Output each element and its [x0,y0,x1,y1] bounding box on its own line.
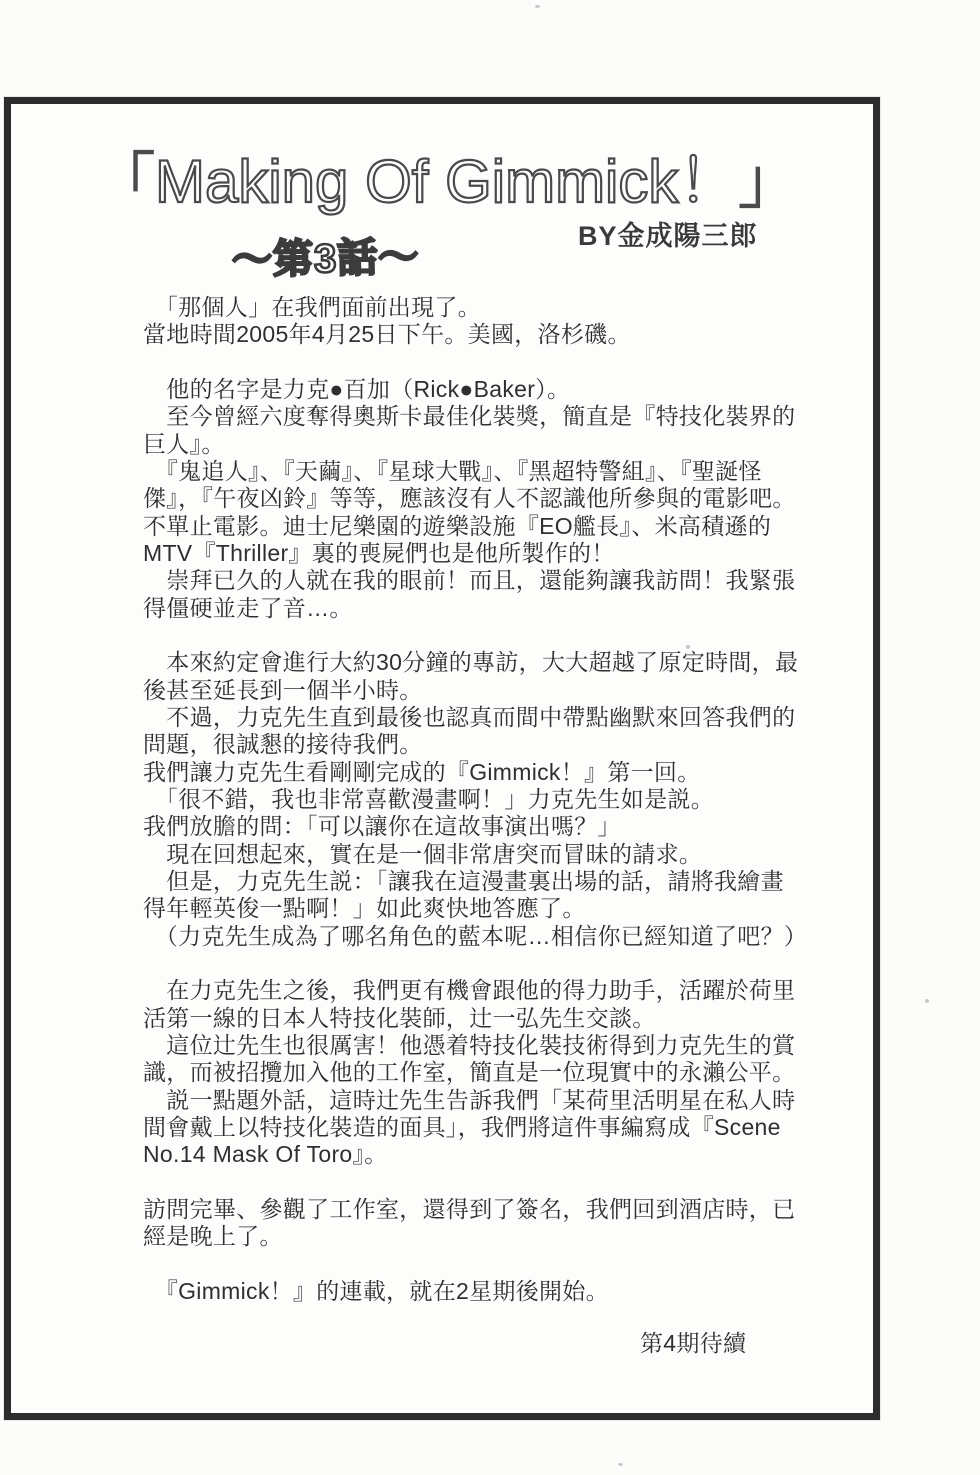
scan-speck [925,999,929,1003]
text-line: 現在回想起來，實在是一個非常唐突而冒昧的請求。 [143,841,869,868]
text-line [143,349,869,376]
text-line: 訪問完畢、參觀了工作室，還得到了簽名，我們回到酒店時，已 [143,1196,869,1223]
text-line [143,950,869,977]
text-line: 經是晚上了。 [143,1223,869,1250]
text-line: 問題，很誠懇的接待我們。 [143,731,869,758]
text-line: 「很不錯，我也非常喜歡漫畫啊！」力克先生如是説。 [143,786,869,813]
text-line: 這位辻先生也很厲害！他憑着特技化裝技術得到力克先生的賞 [143,1032,869,1059]
scan-speck [686,645,690,649]
text-line: 『鬼追人』、『天繭』、『星球大戰』、『黑超特警組』、『聖誕怪 [143,458,869,485]
text-line: 本來約定會進行大約30分鐘的專訪，大大超越了原定時間，最 [143,649,869,676]
text-line: 説一點題外話，這時辻先生告訴我們「某荷里活明星在私人時 [143,1087,869,1114]
scan-speck [618,1463,623,1466]
text-line: 我們放膽的問：「可以讓你在這故事演出嗎？」 [143,813,869,840]
text-line: 當地時間2005年4月25日下午。美國，洛杉磯。 [143,321,869,348]
text-line: 得年輕英俊一點啊！」如此爽快地答應了。 [143,895,869,922]
text-line: 巨人』。 [143,431,869,458]
text-line: 不過，力克先生直到最後也認真而間中帶點幽默來回答我們的 [143,704,869,731]
text-line: 至今曾經六度奪得奧斯卡最佳化裝獎，簡直是『特技化裝界的 [143,403,869,430]
scan-speck [535,5,540,8]
text-line: 不單止電影。迪士尼樂園的遊樂設施『EO艦長』、米高積遜的 [143,513,869,540]
text-line: 間會戴上以特技化裝造的面具」，我們將這件事編寫成『Scene [143,1114,869,1141]
text-line [143,1250,869,1277]
text-line: 後甚至延長到一個半小時。 [143,677,869,704]
chapter-subtitle: ～第3話～ [232,234,420,283]
text-line: MTV『Thriller』裏的喪屍們也是他所製作的！ [143,540,869,567]
text-line: 『Gimmick！』的連載，就在2星期後開始。 [143,1278,869,1305]
author-byline: BY金成陽三郎 [578,220,758,252]
text-line: 在力克先生之後，我們更有機會跟他的得力助手，活躍於荷里 [143,977,869,1004]
text-line: 崇拜已久的人就在我的眼前！而且，還能夠讓我訪問！我緊張 [143,567,869,594]
manga-afterword-page: 「Making Of Gimmick！」 BY金成陽三郎 ～第3話～ 「那個人」… [0,0,980,1475]
footer-next-issue: 第4期待續 [640,1330,746,1357]
text-line [143,1305,869,1332]
text-line: No.14 Mask Of Toro』。 [143,1141,869,1168]
text-line: 傑』，『午夜凶鈴』等等，應該沒有人不認識他所參與的電影吧。 [143,485,869,512]
text-line: 我們讓力克先生看剛剛完成的『Gimmick！』第一回。 [143,759,869,786]
text-line [143,622,869,649]
body-text: 「那個人」在我們面前出現了。當地時間2005年4月25日下午。美國，洛杉磯。 他… [143,294,869,1332]
text-line: （力克先生成為了哪名角色的藍本呢…相信你已經知道了吧？） [143,923,869,950]
page-title: 「Making Of Gimmick！」 [95,147,835,217]
text-line: 「那個人」在我們面前出現了。 [143,294,869,321]
text-line: 識，而被招攬加入他的工作室，簡直是一位現實中的永瀨公平。 [143,1059,869,1086]
text-line: 得僵硬並走了音…。 [143,595,869,622]
text-line [143,1169,869,1196]
text-line: 活第一線的日本人特技化裝師，辻一弘先生交談。 [143,1005,869,1032]
text-line: 但是，力克先生説：「讓我在這漫畫裏出場的話，請將我繪畫 [143,868,869,895]
text-line: 他的名字是力克●百加（Rick●Baker）。 [143,376,869,403]
